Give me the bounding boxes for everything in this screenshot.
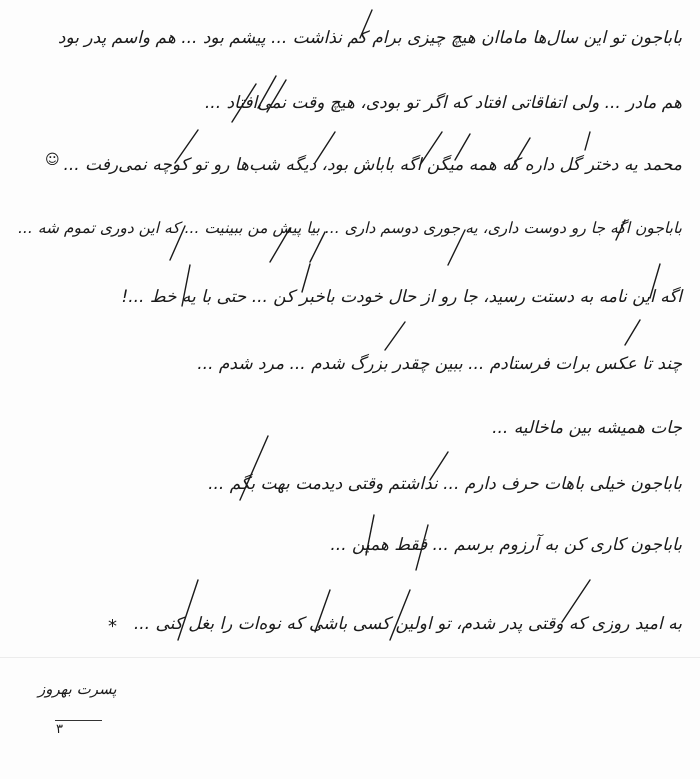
signature-underline [55, 720, 102, 721]
letter-line-5: اگه این نامه به دستت رسید، جا رو از حال … [121, 287, 682, 307]
letter-page: باباجون تو این سال‌ها ماماان هیچ چیزی بر… [0, 0, 700, 779]
letter-line-8: باباجون خیلی باهات حرف دارم ... نداشتم و… [208, 474, 682, 494]
letter-line-4: باباجون اگه جا رو دوست داری، یه جوری دوس… [18, 219, 682, 237]
signature-mark: ۳ [56, 722, 63, 737]
letter-line-9: باباجون کاری کن به آرزوم برسم ... فقط هم… [330, 535, 682, 555]
letter-line-10: به امید روزی که وقتی پدر شدم، تو اولین ک… [134, 614, 682, 634]
signature: پسرت بهروز [38, 680, 117, 698]
letter-line-7: جات همیشه بین ماخالیه ... [492, 418, 682, 438]
letter-line-1: باباجون تو این سال‌ها ماماان هیچ چیزی بر… [58, 28, 682, 48]
letter-line-3: محمد یه دختر گل داره که همه میگن اگه باب… [63, 155, 682, 175]
teacher-check-marks [0, 0, 700, 779]
paper-fold-line [0, 657, 700, 658]
star-mark-icon: * [108, 616, 117, 637]
letter-line-6: چند تا عکس برات فرستادم ... ببین چقدر بز… [197, 354, 682, 374]
smiley-doodle-icon: ☺ [45, 152, 60, 168]
letter-line-2: هم مادر ... ولی اتفاقاتی افتاد که اگر تو… [205, 93, 682, 113]
